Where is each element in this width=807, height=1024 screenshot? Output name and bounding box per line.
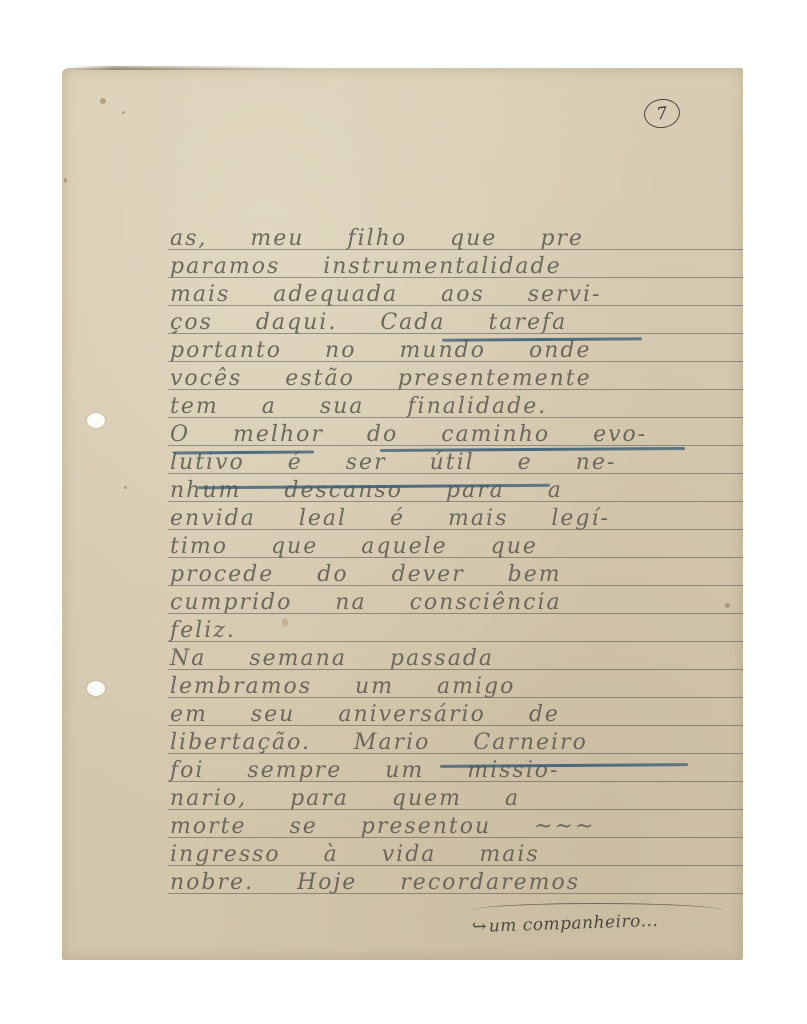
handwritten-line: morte se presentou ~~~ xyxy=(170,813,740,841)
foxing-spot xyxy=(124,486,127,489)
handwritten-line: vocês estão presentemente xyxy=(170,365,740,393)
handwritten-line: as, meu filho que pre xyxy=(170,225,740,253)
foxing-spot xyxy=(100,98,106,104)
page-number-circled: 7 xyxy=(642,97,682,131)
manuscript-page: 7 as, meu filho que pre paramos instrume… xyxy=(62,68,743,960)
handwritten-line: em seu aniversário de xyxy=(170,701,740,729)
handwritten-line: O melhor do caminho evo- xyxy=(170,421,740,449)
handwritten-line: mais adequada aos servi- xyxy=(170,281,740,309)
handwritten-line: libertação. Mario Carneiro xyxy=(170,729,740,757)
handwritten-line: ços daqui. Cada tarefa xyxy=(170,309,740,337)
handwritten-line: nario, para quem a xyxy=(170,785,740,813)
handwritten-line: cumprido na consciência xyxy=(170,589,740,617)
handwritten-line: procede do dever bem xyxy=(170,561,740,589)
insertion-arrow-icon: ↪ xyxy=(472,917,487,938)
handwritten-line: nobre. Hoje recordaremos xyxy=(170,869,740,897)
handwritten-line: timo que aquele que xyxy=(170,533,740,561)
handwritten-line: foi sempre um missio- xyxy=(170,757,740,785)
punch-hole-lower xyxy=(87,681,105,696)
handwritten-line: tem a sua finalidade. xyxy=(170,393,740,421)
handwritten-line: feliz. xyxy=(170,617,740,645)
handwritten-line: envida leal é mais legí- xyxy=(170,505,740,533)
handwritten-line: lembramos um amigo xyxy=(170,673,740,701)
handwritten-line: nhum descanso para a xyxy=(170,477,740,505)
foxing-spot xyxy=(122,111,125,114)
page-torn-edge xyxy=(68,66,308,70)
handwritten-line: ingresso à vida mais xyxy=(170,841,740,869)
foxing-spot xyxy=(64,178,67,183)
punch-hole-upper xyxy=(87,413,105,428)
handwritten-line: paramos instrumentalidade xyxy=(170,253,740,281)
handwritten-line: Na semana passada xyxy=(170,645,740,673)
